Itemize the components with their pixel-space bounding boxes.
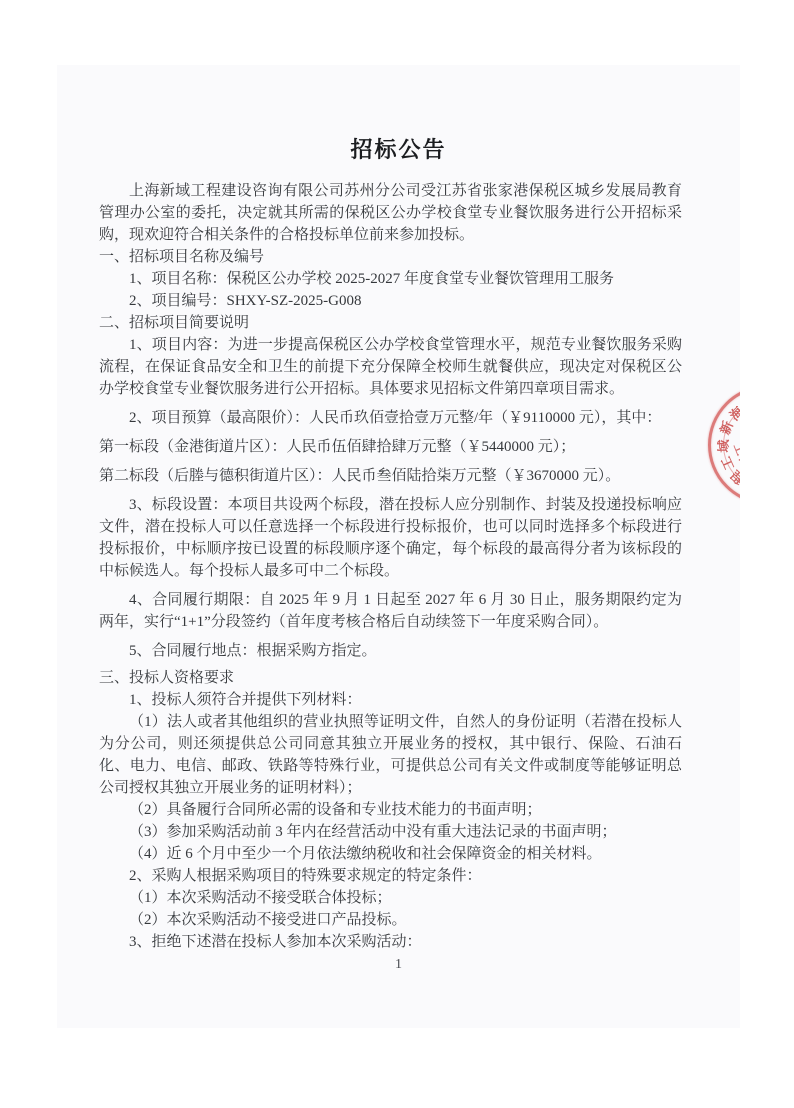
project-budget-item: 2、项目预算（最高限价）：人民币玖佰壹拾壹万元整/年（￥9110000 元），其…: [99, 407, 682, 429]
project-content-item: 1、项目内容：为进一步提高保税区公办学校食堂管理水平，规范专业餐饮服务采购流程，…: [99, 334, 682, 400]
qualification-item-1: （1）法人或者其他组织的营业执照等证明文件，自然人的身份证明（若潜在投标人为分公…: [99, 711, 682, 799]
document-page: 招标公告 上海新域工程建设咨询有限公司苏州分公司受江苏省张家港保税区城乡发展局教…: [57, 65, 740, 1028]
special-conditions-item: 2、采购人根据采购项目的特殊要求规定的特定条件：: [99, 865, 682, 887]
bid-section-setup-item: 3、标段设置：本项目共设两个标段，潜在投标人应分别制作、封装及投递投标响应文件，…: [99, 494, 682, 582]
bid-section-2-line: 第二标段（后塍与德积街道片区）：人民币叁佰陆拾柒万元整（￥3670000 元）。: [99, 465, 682, 487]
document-body: 上海新域工程建设咨询有限公司苏州分公司受江苏省张家港保税区城乡发展局教育管理办公…: [57, 180, 740, 953]
special-condition-2: （2）本次采购活动不接受进口产品投标。: [99, 909, 682, 931]
qualification-item-4: （4）近 6 个月中至少一个月依法缴纳税收和社会保障资金的相关材料。: [99, 843, 682, 865]
section-heading-3: 三、投标人资格要求: [99, 667, 682, 689]
qualification-item-2: （2）具备履行合同所必需的设备和专业技术能力的书面声明；: [99, 799, 682, 821]
reject-bidders-item: 3、拒绝下述潜在投标人参加本次采购活动：: [99, 931, 682, 953]
bid-section-1-line: 第一标段（金港街道片区）：人民币伍佰肆拾肆万元整（￥5440000 元）；: [99, 436, 682, 458]
page-number: 1: [57, 957, 740, 973]
page-title: 招标公告: [57, 65, 740, 164]
project-number-item: 2、项目编号：SHXY-SZ-2025-G008: [99, 290, 682, 312]
contract-place-item: 5、合同履行地点：根据采购方指定。: [99, 640, 682, 662]
intro-paragraph: 上海新域工程建设咨询有限公司苏州分公司受江苏省张家港保税区城乡发展局教育管理办公…: [99, 180, 682, 246]
screenshot-canvas: 招标公告 上海新域工程建设咨询有限公司苏州分公司受江苏省张家港保税区城乡发展局教…: [0, 0, 794, 1108]
section-heading-2: 二、招标项目简要说明: [99, 312, 682, 334]
qualification-intro-item: 1、投标人须符合并提供下列材料：: [99, 689, 682, 711]
special-condition-1: （1）本次采购活动不接受联合体投标；: [99, 887, 682, 909]
section-heading-1: 一、招标项目名称及编号: [99, 246, 682, 268]
qualification-item-3: （3）参加采购活动前 3 年内在经营活动中没有重大违法记录的书面声明；: [99, 821, 682, 843]
project-name-item: 1、项目名称：保税区公办学校 2025-2027 年度食堂专业餐饮管理用工服务: [99, 268, 682, 290]
contract-period-item: 4、合同履行期限：自 2025 年 9 月 1 日起至 2027 年 6 月 3…: [99, 589, 682, 633]
